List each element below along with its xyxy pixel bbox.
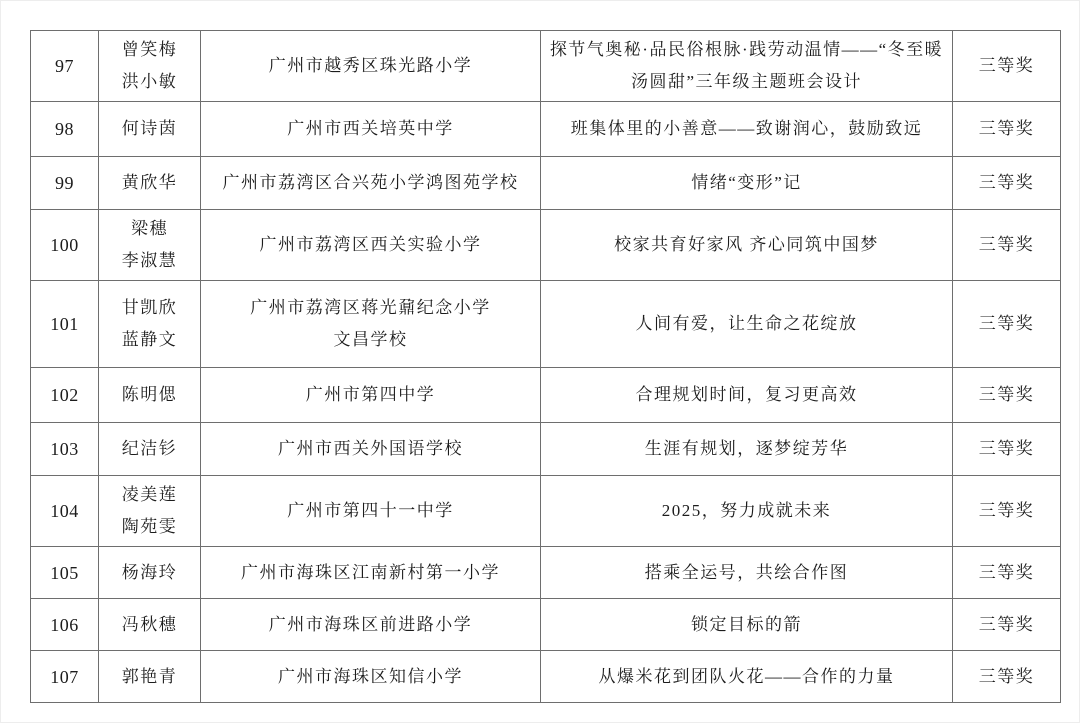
- cell-title: 校家共育好家风 齐心同筑中国梦: [541, 210, 953, 281]
- cell-award: 三等奖: [953, 210, 1061, 281]
- cell-index: 107: [31, 651, 99, 703]
- cell-index: 104: [31, 476, 99, 547]
- cell-award: 三等奖: [953, 368, 1061, 423]
- cell-index: 103: [31, 423, 99, 476]
- cell-school: 广州市西关培英中学: [201, 102, 541, 157]
- cell-names: 凌美莲陶苑雯: [99, 476, 201, 547]
- cell-index: 99: [31, 157, 99, 210]
- cell-names: 郭艳青: [99, 651, 201, 703]
- cell-school: 广州市第四中学: [201, 368, 541, 423]
- name-line: 甘凯欣: [103, 292, 196, 324]
- cell-title: 情绪“变形”记: [541, 157, 953, 210]
- school-line: 广州市荔湾区合兴苑小学鸿图苑学校: [205, 167, 536, 199]
- name-line: 郭艳青: [103, 661, 196, 693]
- cell-names: 陈明偲: [99, 368, 201, 423]
- name-line: 洪小敏: [103, 66, 196, 98]
- cell-title: 合理规划时间，复习更高效: [541, 368, 953, 423]
- cell-index: 105: [31, 547, 99, 599]
- school-line: 广州市荔湾区蒋光鼐纪念小学: [205, 292, 536, 324]
- cell-names: 冯秋穗: [99, 599, 201, 651]
- table-row: 106冯秋穗广州市海珠区前进路小学锁定目标的箭三等奖: [31, 599, 1061, 651]
- cell-school: 广州市第四十一中学: [201, 476, 541, 547]
- table-row: 104凌美莲陶苑雯广州市第四十一中学2025，努力成就未来三等奖: [31, 476, 1061, 547]
- table-row: 103纪洁钐广州市西关外国语学校生涯有规划，逐梦绽芳华三等奖: [31, 423, 1061, 476]
- cell-names: 黄欣华: [99, 157, 201, 210]
- school-line: 文昌学校: [205, 324, 536, 356]
- school-line: 广州市第四中学: [205, 379, 536, 411]
- cell-award: 三等奖: [953, 31, 1061, 102]
- school-line: 广州市荔湾区西关实验小学: [205, 229, 536, 261]
- name-line: 陶苑雯: [103, 511, 196, 543]
- name-line: 黄欣华: [103, 167, 196, 199]
- cell-index: 100: [31, 210, 99, 281]
- name-line: 蓝静文: [103, 324, 196, 356]
- cell-title: 从爆米花到团队火花——合作的力量: [541, 651, 953, 703]
- cell-school: 广州市海珠区前进路小学: [201, 599, 541, 651]
- name-line: 李淑慧: [103, 245, 196, 277]
- cell-title: 人间有爱，让生命之花绽放: [541, 281, 953, 368]
- name-line: 冯秋穗: [103, 609, 196, 641]
- document-page: 97曾笑梅洪小敏广州市越秀区珠光路小学探节气奥秘·品民俗根脉·践劳动温情——“冬…: [0, 0, 1080, 723]
- table-row: 99黄欣华广州市荔湾区合兴苑小学鸿图苑学校情绪“变形”记三等奖: [31, 157, 1061, 210]
- cell-school: 广州市西关外国语学校: [201, 423, 541, 476]
- table-row: 102陈明偲广州市第四中学合理规划时间，复习更高效三等奖: [31, 368, 1061, 423]
- school-line: 广州市海珠区前进路小学: [205, 609, 536, 641]
- name-line: 曾笑梅: [103, 34, 196, 66]
- cell-school: 广州市海珠区知信小学: [201, 651, 541, 703]
- cell-title: 生涯有规划，逐梦绽芳华: [541, 423, 953, 476]
- table-row: 97曾笑梅洪小敏广州市越秀区珠光路小学探节气奥秘·品民俗根脉·践劳动温情——“冬…: [31, 31, 1061, 102]
- cell-title: 班集体里的小善意——致谢润心，鼓励致远: [541, 102, 953, 157]
- awards-table-body: 97曾笑梅洪小敏广州市越秀区珠光路小学探节气奥秘·品民俗根脉·践劳动温情——“冬…: [31, 31, 1061, 703]
- school-line: 广州市越秀区珠光路小学: [205, 50, 536, 82]
- cell-award: 三等奖: [953, 651, 1061, 703]
- name-line: 纪洁钐: [103, 433, 196, 465]
- cell-names: 甘凯欣蓝静文: [99, 281, 201, 368]
- cell-index: 106: [31, 599, 99, 651]
- cell-school: 广州市荔湾区西关实验小学: [201, 210, 541, 281]
- cell-index: 101: [31, 281, 99, 368]
- cell-title: 2025，努力成就未来: [541, 476, 953, 547]
- cell-award: 三等奖: [953, 423, 1061, 476]
- cell-title: 搭乘全运号，共绘合作图: [541, 547, 953, 599]
- cell-index: 97: [31, 31, 99, 102]
- cell-names: 杨海玲: [99, 547, 201, 599]
- cell-index: 102: [31, 368, 99, 423]
- name-line: 梁穗: [103, 213, 196, 245]
- cell-award: 三等奖: [953, 476, 1061, 547]
- cell-school: 广州市海珠区江南新村第一小学: [201, 547, 541, 599]
- cell-award: 三等奖: [953, 547, 1061, 599]
- table-row: 100梁穗李淑慧广州市荔湾区西关实验小学校家共育好家风 齐心同筑中国梦三等奖: [31, 210, 1061, 281]
- cell-names: 曾笑梅洪小敏: [99, 31, 201, 102]
- table-row: 98何诗茵广州市西关培英中学班集体里的小善意——致谢润心，鼓励致远三等奖: [31, 102, 1061, 157]
- awards-table: 97曾笑梅洪小敏广州市越秀区珠光路小学探节气奥秘·品民俗根脉·践劳动温情——“冬…: [30, 30, 1061, 703]
- cell-index: 98: [31, 102, 99, 157]
- cell-award: 三等奖: [953, 281, 1061, 368]
- cell-names: 梁穗李淑慧: [99, 210, 201, 281]
- school-line: 广州市海珠区江南新村第一小学: [205, 557, 536, 589]
- school-line: 广州市西关培英中学: [205, 113, 536, 145]
- table-row: 107郭艳青广州市海珠区知信小学从爆米花到团队火花——合作的力量三等奖: [31, 651, 1061, 703]
- cell-school: 广州市荔湾区合兴苑小学鸿图苑学校: [201, 157, 541, 210]
- cell-award: 三等奖: [953, 102, 1061, 157]
- cell-award: 三等奖: [953, 157, 1061, 210]
- name-line: 凌美莲: [103, 479, 196, 511]
- name-line: 何诗茵: [103, 113, 196, 145]
- table-row: 105杨海玲广州市海珠区江南新村第一小学搭乘全运号，共绘合作图三等奖: [31, 547, 1061, 599]
- name-line: 杨海玲: [103, 557, 196, 589]
- cell-school: 广州市荔湾区蒋光鼐纪念小学文昌学校: [201, 281, 541, 368]
- cell-title: 探节气奥秘·品民俗根脉·践劳动温情——“冬至暖 汤圆甜”三年级主题班会设计: [541, 31, 953, 102]
- school-line: 广州市海珠区知信小学: [205, 661, 536, 693]
- cell-names: 何诗茵: [99, 102, 201, 157]
- cell-title: 锁定目标的箭: [541, 599, 953, 651]
- cell-award: 三等奖: [953, 599, 1061, 651]
- cell-school: 广州市越秀区珠光路小学: [201, 31, 541, 102]
- name-line: 陈明偲: [103, 379, 196, 411]
- cell-names: 纪洁钐: [99, 423, 201, 476]
- school-line: 广州市第四十一中学: [205, 495, 536, 527]
- school-line: 广州市西关外国语学校: [205, 433, 536, 465]
- table-row: 101甘凯欣蓝静文广州市荔湾区蒋光鼐纪念小学文昌学校人间有爱，让生命之花绽放三等…: [31, 281, 1061, 368]
